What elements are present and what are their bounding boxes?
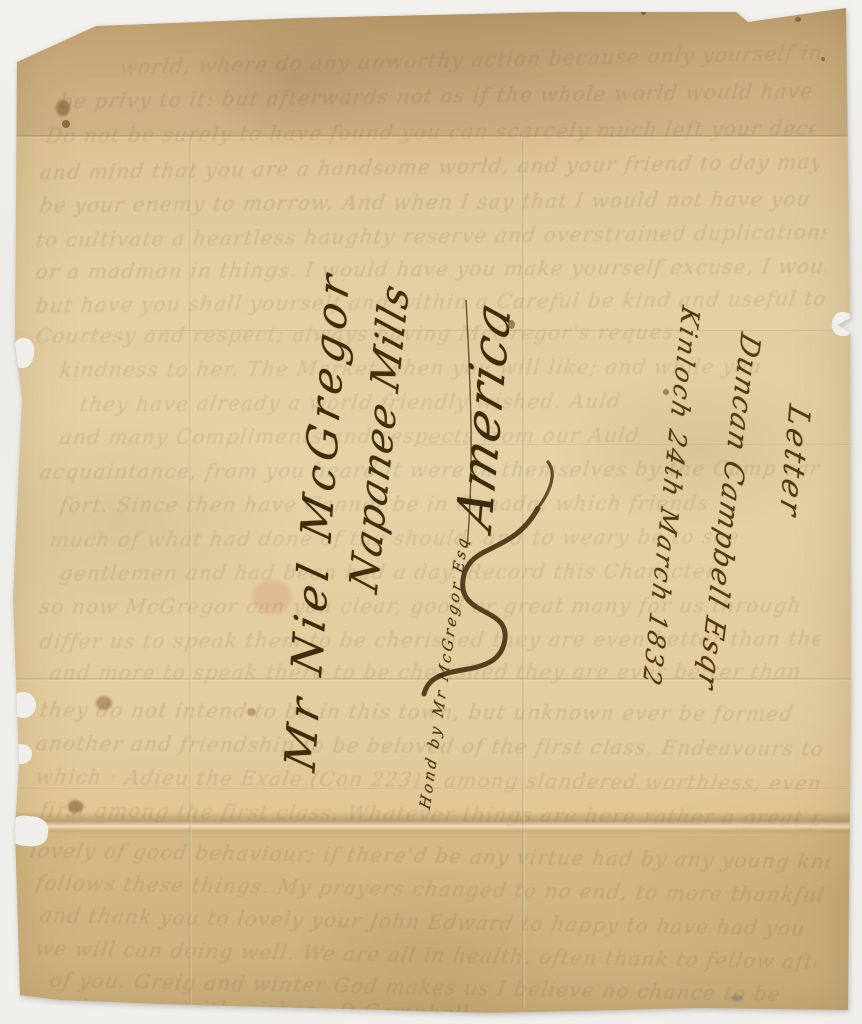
showthrough-line-13: acquaintance, from you heard it were in … <box>38 456 821 484</box>
showthrough-line-6: to cultivate a heartless haughty reserve… <box>34 220 827 252</box>
showthrough-line-15: much of what had done of the should, and… <box>48 524 811 552</box>
ink-speck <box>821 57 825 61</box>
letter-paper: world, where do any unworthy action beca… <box>0 0 862 1024</box>
torn-edge-chip <box>745 6 763 20</box>
showthrough-line-24: lovely of good behaviour; if there'd be … <box>28 838 832 873</box>
showthrough-line-4: and mind that you are a handsome world, … <box>39 150 822 185</box>
showthrough-line-14: fort. Since then have Cannot be in Canad… <box>58 491 801 518</box>
showthrough-line-8: but have you shall yourself and within a… <box>34 287 827 318</box>
showthrough-line-27: we will can doing well. We are all in he… <box>34 936 818 974</box>
showthrough-line-7: or a madman in things. I would have you … <box>34 254 827 284</box>
torn-edge-chip <box>9 691 38 720</box>
letter-paper-wrap: world, where do any unworthy action beca… <box>0 0 862 1024</box>
torn-edge-chip <box>830 310 857 338</box>
torn-edge-chip <box>10 337 36 370</box>
ink-speck <box>641 10 646 15</box>
showthrough-line-3: Do not be surely to have found you can s… <box>44 116 817 148</box>
showthrough-line-2: be privy to it: but afterwards not as if… <box>59 79 822 114</box>
scan-background: world, where do any unworthy action beca… <box>0 0 862 1024</box>
showthrough-line-25: follows these things. My prayers changed… <box>34 871 828 907</box>
ink-speck <box>795 17 801 22</box>
torn-edge-chip <box>10 744 32 764</box>
showthrough-line-1: world, where do any unworthy action beca… <box>119 41 822 80</box>
docket-title: Letter <box>772 401 816 523</box>
showthrough-line-26: and thank you to lovely your John Edward… <box>38 903 822 941</box>
showthrough-line-16: gentlemen and had been had a day. Record… <box>58 559 801 586</box>
showthrough-line-5: be your enemy to morrow. And when I say … <box>38 187 821 218</box>
